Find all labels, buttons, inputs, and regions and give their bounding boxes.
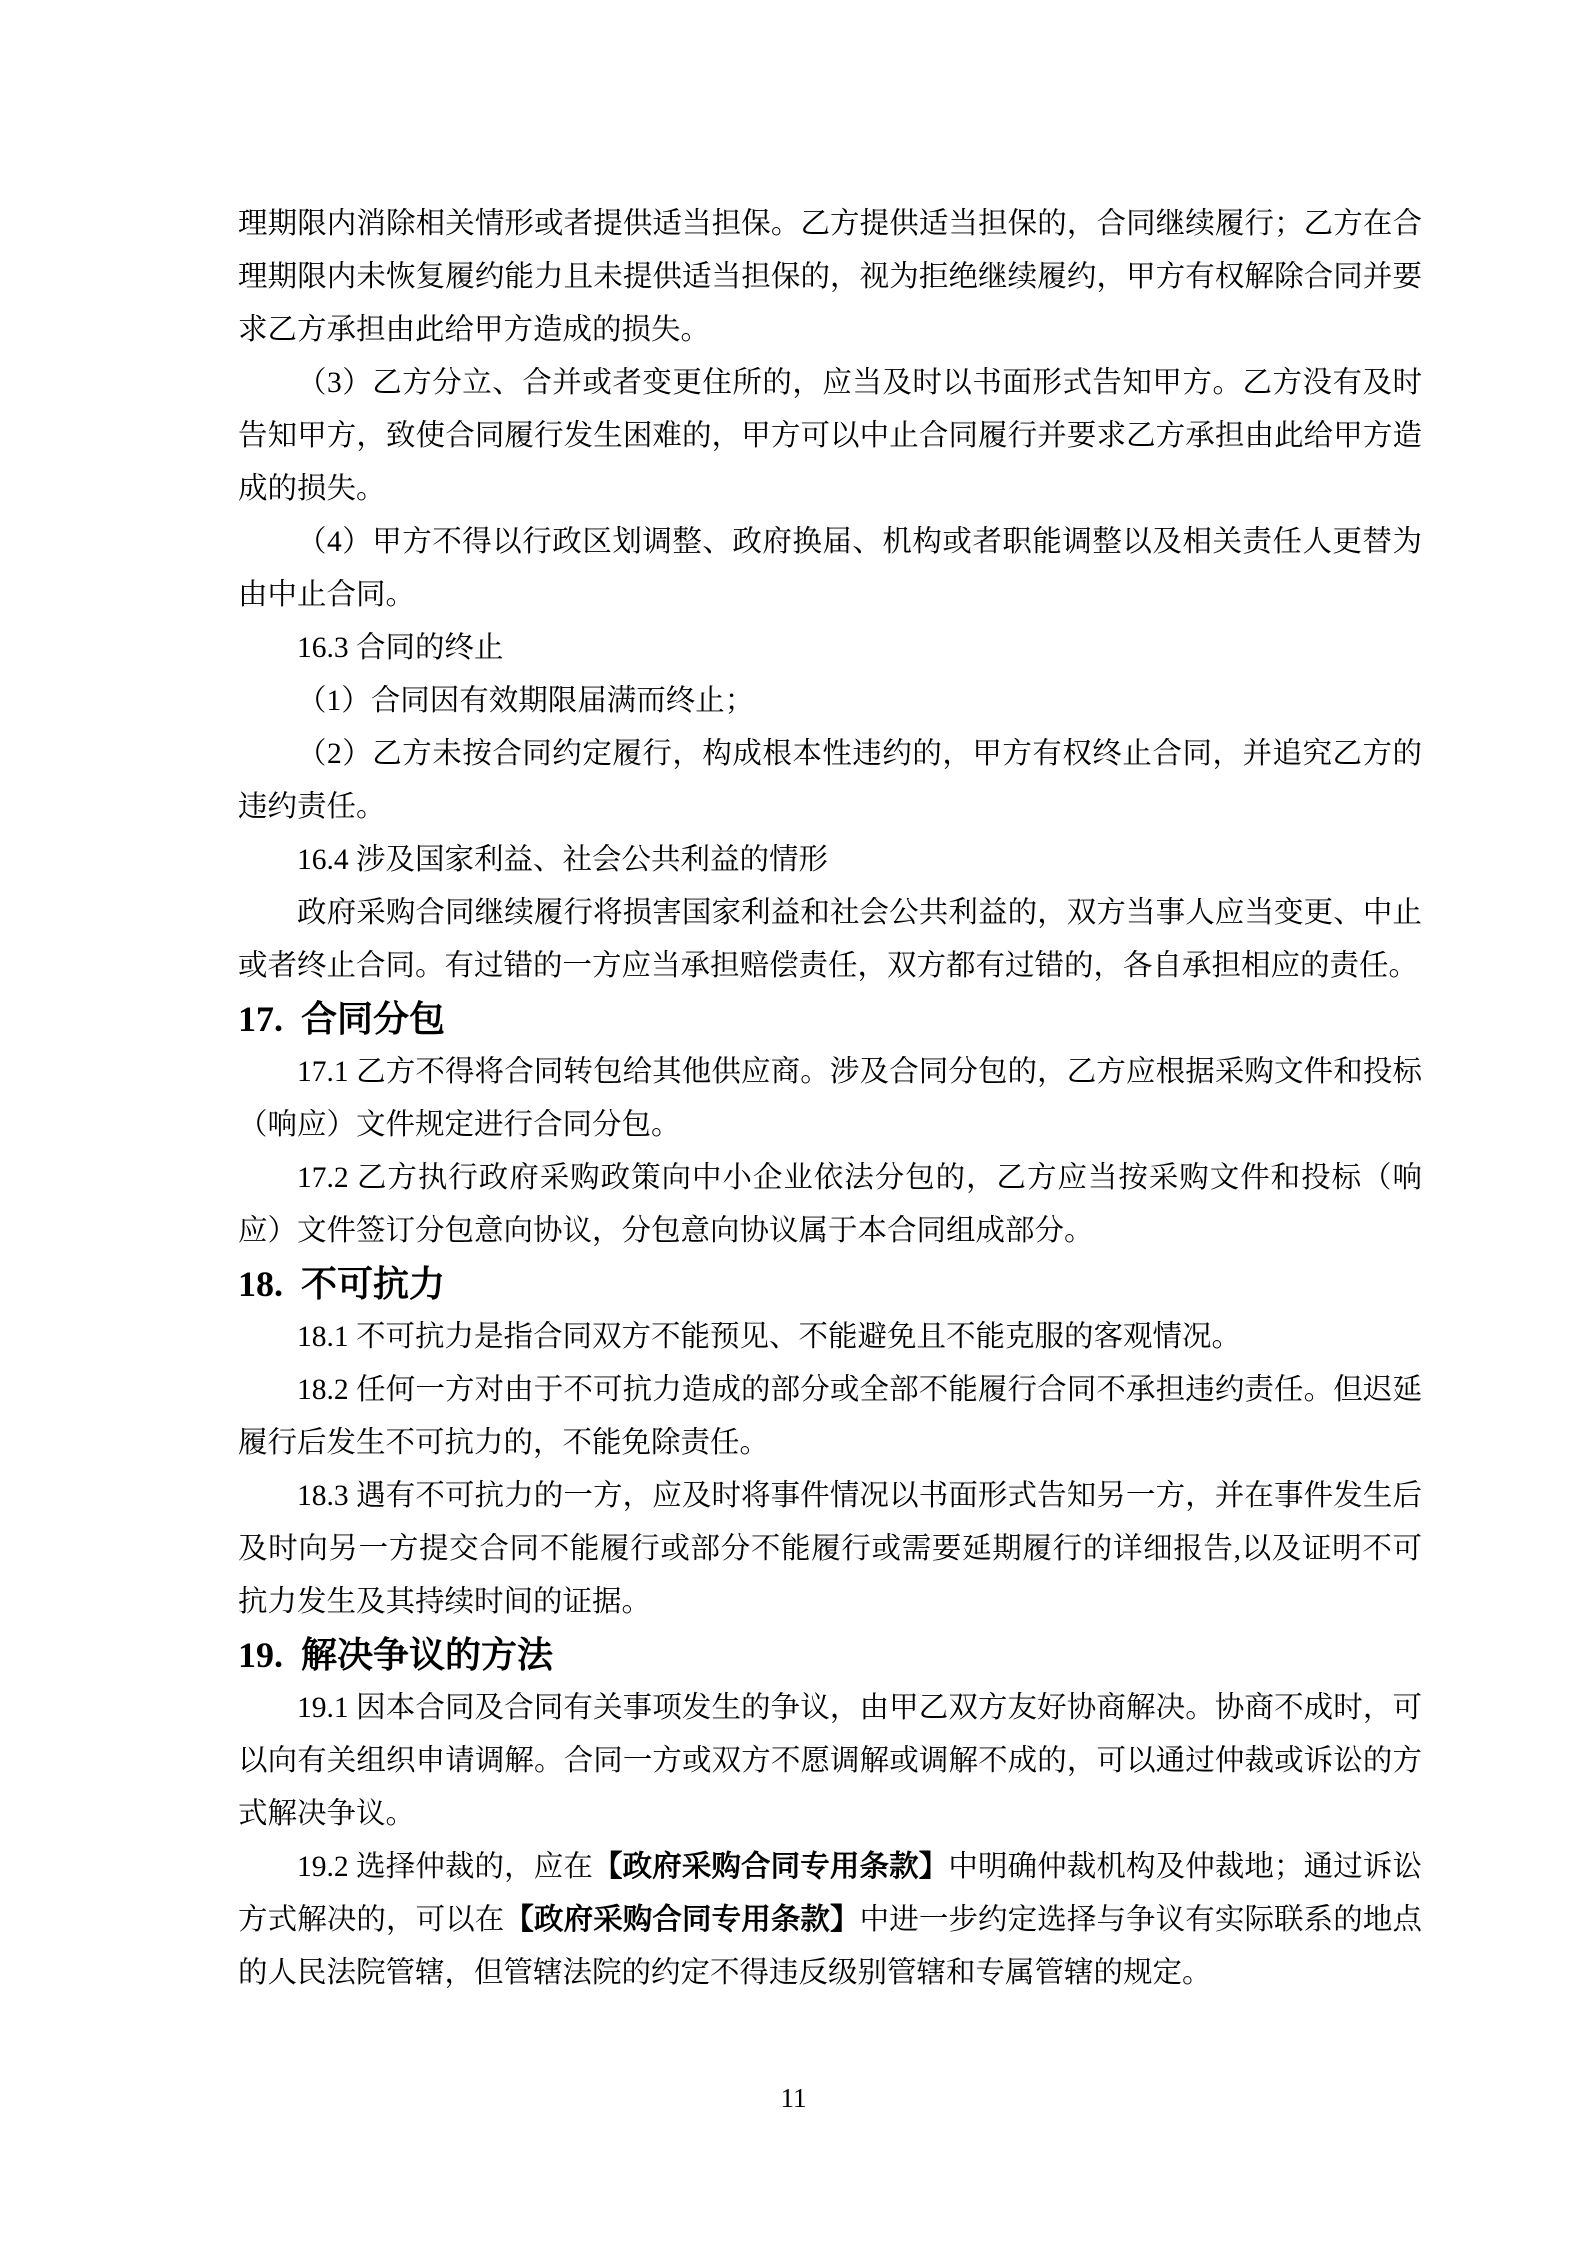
page-number: 11 — [0, 2080, 1587, 2116]
clause-16-3-item-1: （1）合同因有效期限届满而终止； — [238, 675, 1422, 728]
section-number: 18. — [238, 1264, 283, 1304]
special-terms-reference: 【政府采购合同专用条款】 — [504, 1904, 859, 1936]
clause-19-1: 19.1 因本合同及合同有关事项发生的争议，由甲乙双方友好协商解决。协商不成时，… — [238, 1682, 1422, 1841]
clause-17-1: 17.1 乙方不得将合同转包给其他供应商。涉及合同分包的，乙方应根据采购文件和投… — [238, 1046, 1422, 1152]
clause-18-1: 18.1 不可抗力是指合同双方不能预见、不能避免且不能克服的客观情况。 — [238, 1311, 1422, 1364]
special-terms-reference: 【政府采购合同专用条款】 — [593, 1851, 948, 1883]
clause-16-3-title: 16.3 合同的终止 — [238, 622, 1422, 675]
document-page: 理期限内消除相关情形或者提供适当担保。乙方提供适当担保的，合同继续履行；乙方在合… — [0, 0, 1587, 2245]
section-number: 19. — [238, 1635, 283, 1675]
section-heading-18: 18.不可抗力 — [238, 1258, 1422, 1311]
paragraph-carryover: 理期限内消除相关情形或者提供适当担保。乙方提供适当担保的，合同继续履行；乙方在合… — [238, 198, 1422, 357]
paragraph-item-3: （3）乙方分立、合并或者变更住所的，应当及时以书面形式告知甲方。乙方没有及时告知… — [238, 357, 1422, 516]
clause-19-2-segment: 19.2 选择仲裁的，应在 — [297, 1851, 593, 1883]
clause-18-3: 18.3 遇有不可抗力的一方，应及时将事件情况以书面形式告知另一方，并在事件发生… — [238, 1470, 1422, 1629]
clause-19-2: 19.2 选择仲裁的，应在【政府采购合同专用条款】中明确仲裁机构及仲裁地；通过诉… — [238, 1841, 1422, 2000]
clause-16-4-body: 政府采购合同继续履行将损害国家利益和社会公共利益的，双方当事人应当变更、中止或者… — [238, 887, 1422, 993]
section-heading-19: 19.解决争议的方法 — [238, 1629, 1422, 1682]
section-title: 合同分包 — [301, 999, 445, 1039]
clause-18-2: 18.2 任何一方对由于不可抗力造成的部分或全部不能履行合同不承担违约责任。但迟… — [238, 1364, 1422, 1470]
section-title: 不可抗力 — [301, 1264, 445, 1304]
clause-16-3-item-2: （2）乙方未按合同约定履行，构成根本性违约的，甲方有权终止合同，并追究乙方的违约… — [238, 728, 1422, 834]
clause-16-4-title: 16.4 涉及国家利益、社会公共利益的情形 — [238, 834, 1422, 887]
section-heading-17: 17.合同分包 — [238, 993, 1422, 1046]
section-number: 17. — [238, 999, 283, 1039]
paragraph-item-4: （4）甲方不得以行政区划调整、政府换届、机构或者职能调整以及相关责任人更替为由中… — [238, 516, 1422, 622]
document-body: 理期限内消除相关情形或者提供适当担保。乙方提供适当担保的，合同继续履行；乙方在合… — [238, 198, 1422, 2000]
clause-17-2: 17.2 乙方执行政府采购政策向中小企业依法分包的，乙方应当按采购文件和投标（响… — [238, 1152, 1422, 1258]
section-title: 解决争议的方法 — [301, 1635, 553, 1675]
